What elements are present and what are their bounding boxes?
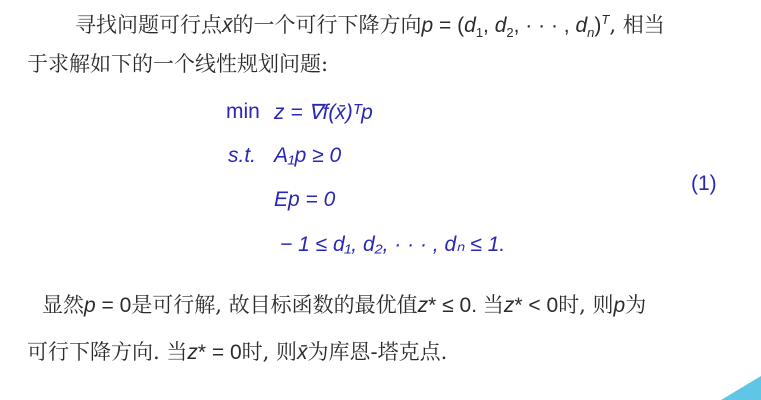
math: * = 0 <box>198 341 242 364</box>
corner-accent-decoration <box>721 376 761 400</box>
objective-expression: z = ∇f(x̄)ᵀp <box>274 100 373 125</box>
math: d <box>464 14 476 37</box>
math: * < 0 <box>514 294 558 317</box>
text: 时, 则 <box>242 340 297 364</box>
text: 为库恩-塔克点. <box>308 340 448 364</box>
math: d <box>575 14 587 37</box>
text: 显然 <box>42 293 84 317</box>
constraint-equality: Ep = 0 <box>274 188 335 212</box>
math: = ( <box>433 14 464 37</box>
math-p: p <box>84 294 96 317</box>
paragraph1-line2: 于求解如下的一个线性规划问题: <box>27 51 328 77</box>
math: d <box>495 14 507 37</box>
text: 为 <box>625 293 646 317</box>
paragraph1-line1: 寻找问题可行点x̄的一个可行下降方向p = (d1, d2, · · · , d… <box>75 12 665 39</box>
text: , 相当 <box>609 13 664 37</box>
math-p: p <box>422 14 434 37</box>
math: 1 <box>476 25 483 40</box>
math-p: p <box>614 294 626 317</box>
math-xbar: x̄ <box>297 341 308 364</box>
subject-to-label: s.t. <box>228 144 256 168</box>
text: 时, 则 <box>558 293 613 317</box>
linear-program-formula: min z = ∇f(x̄)ᵀp s.t. A₁p ≥ 0 Ep = 0 − 1… <box>226 100 666 270</box>
paragraph2-line1: 显然p = 0是可行解, 故目标函数的最优值z* ≤ 0. 当z* < 0时, … <box>42 292 646 319</box>
min-label: min <box>226 100 260 124</box>
math-z: z <box>504 294 515 317</box>
math: 2 <box>506 25 513 40</box>
equation-number: (1) <box>691 172 717 196</box>
math-z: z <box>187 341 198 364</box>
text: 寻找问题可行点 <box>75 13 222 37</box>
paragraph2-line2: 可行下降方向. 当z* = 0时, 则x̄为库恩-塔克点. <box>27 339 447 366</box>
math-z: z <box>418 294 429 317</box>
math: , <box>483 14 495 37</box>
text: 是可行解, 故目标函数的最优值 <box>131 293 417 317</box>
math: * ≤ 0. 当 <box>428 294 504 317</box>
bounds-constraint: − 1 ≤ d₁, d₂, · · · , dₙ ≤ 1. <box>280 232 505 257</box>
text: 可行下降方向. 当 <box>27 340 187 364</box>
text: 的一个可行下降方向 <box>233 13 422 37</box>
math: , · · · , <box>514 14 576 37</box>
math-xbar: x̄ <box>222 14 233 37</box>
math: = 0 <box>96 294 132 317</box>
constraint-inequality: A₁p ≥ 0 <box>274 144 341 168</box>
